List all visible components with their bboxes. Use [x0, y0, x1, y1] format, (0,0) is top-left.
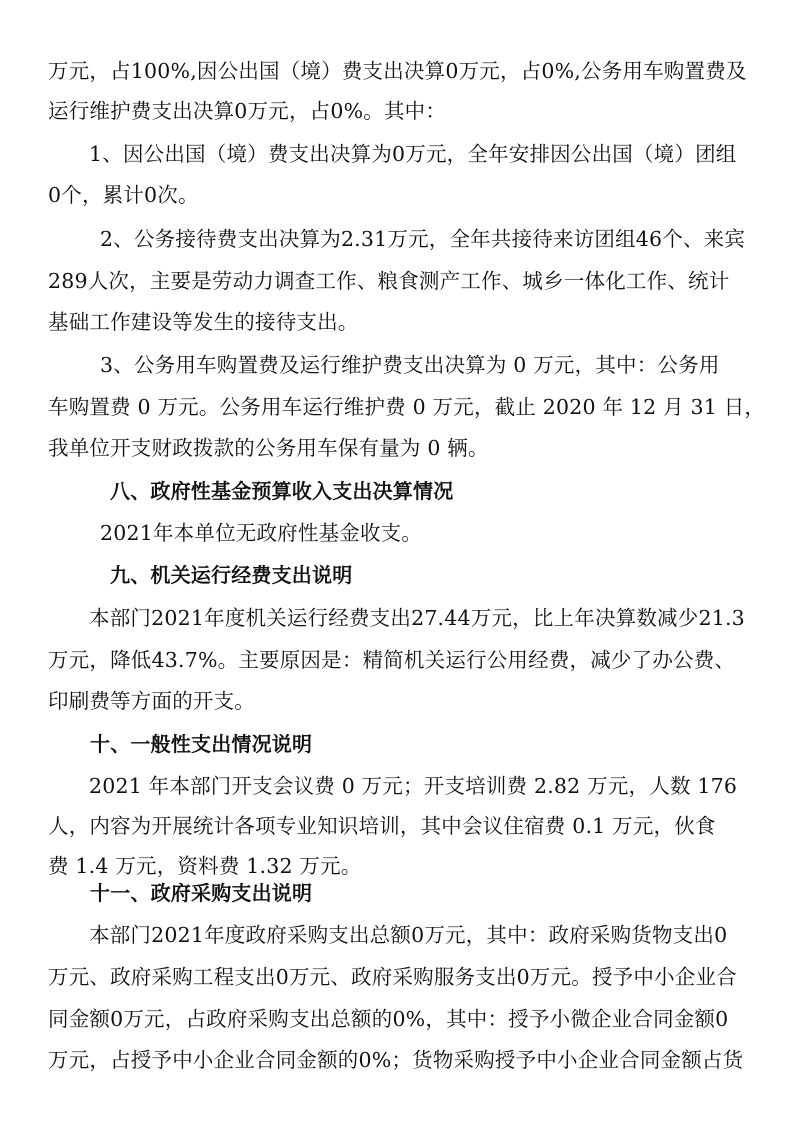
paragraph-line: 印刷费等方面的开支。 — [48, 688, 255, 714]
section-heading: 八、政府性基金预算收入支出决算情况 — [110, 478, 453, 504]
document-page: 万元，占100%,因公出国（境）费支出决算0万元，占0%,公务用车购置费及 运行… — [0, 0, 793, 1122]
paragraph-line: 万元，降低43.7%。主要原因是：精简机关运行公用经费，减少了办公费、 — [48, 647, 735, 673]
paragraph-line: 基础工作建设等发生的接待支出。 — [48, 309, 359, 335]
paragraph-line: 2021 年本部门开支会议费 0 万元；开支培训费 2.82 万元，人数 176 — [89, 773, 737, 799]
paragraph-line: 2021年本单位无政府性基金收支。 — [100, 520, 422, 546]
paragraph-line: 1、因公出国（境）费支出决算为0万元，全年安排因公出国（境）团组 — [89, 141, 736, 167]
paragraph-line: 人，内容为开展统计各项专业知识培训，其中会议住宿费 0.1 万元，伙食 — [48, 813, 716, 839]
paragraph-line: 2、公务接待费支出决算为2.31万元，全年共接待来访团组46个、来宾 — [100, 226, 745, 252]
paragraph-line: 万元，占100%,因公出国（境）费支出决算0万元，占0%,公务用车购置费及 — [48, 58, 747, 84]
paragraph-line: 本部门2021年度政府采购支出总额0万元，其中：政府采购货物支出0 — [89, 922, 727, 948]
paragraph-line: 本部门2021年度机关运行经费支出27.44万元，比上年决算数减少21.3 — [89, 605, 745, 631]
paragraph-line: 0个，累计0次。 — [48, 182, 199, 208]
paragraph-line: 3、公务用车购置费及运行维护费支出决算为 0 万元，其中：公务用 — [100, 352, 720, 378]
paragraph-line: 万元，占授予中小企业合同金额的0%；货物采购授予中小企业合同金额占货 — [48, 1047, 743, 1073]
paragraph-line: 289人次，主要是劳动力调查工作、粮食测产工作、城乡一体化工作、统计 — [48, 268, 729, 294]
section-heading: 十一、政府采购支出说明 — [90, 880, 312, 906]
paragraph-line: 同金额0万元，占政府采购支出总额的0%，其中：授予小微企业合同金额0 — [48, 1006, 728, 1032]
paragraph-line: 我单位开支财政拨款的公务用车保有量为 0 辆。 — [48, 435, 489, 461]
paragraph-line: 车购置费 0 万元。公务用车运行维护费 0 万元，截止 2020 年 12 月 … — [48, 394, 765, 420]
paragraph-line: 运行维护费支出决算0万元，占0%。其中： — [48, 98, 446, 124]
section-heading: 九、机关运行经费支出说明 — [110, 562, 352, 588]
paragraph-line: 费 1.4 万元，资料费 1.32 万元。 — [48, 853, 362, 879]
paragraph-line: 万元、政府采购工程支出0万元、政府采购服务支出0万元。授予中小企业合 — [48, 964, 737, 990]
section-heading: 十、一般性支出情况说明 — [90, 731, 312, 757]
